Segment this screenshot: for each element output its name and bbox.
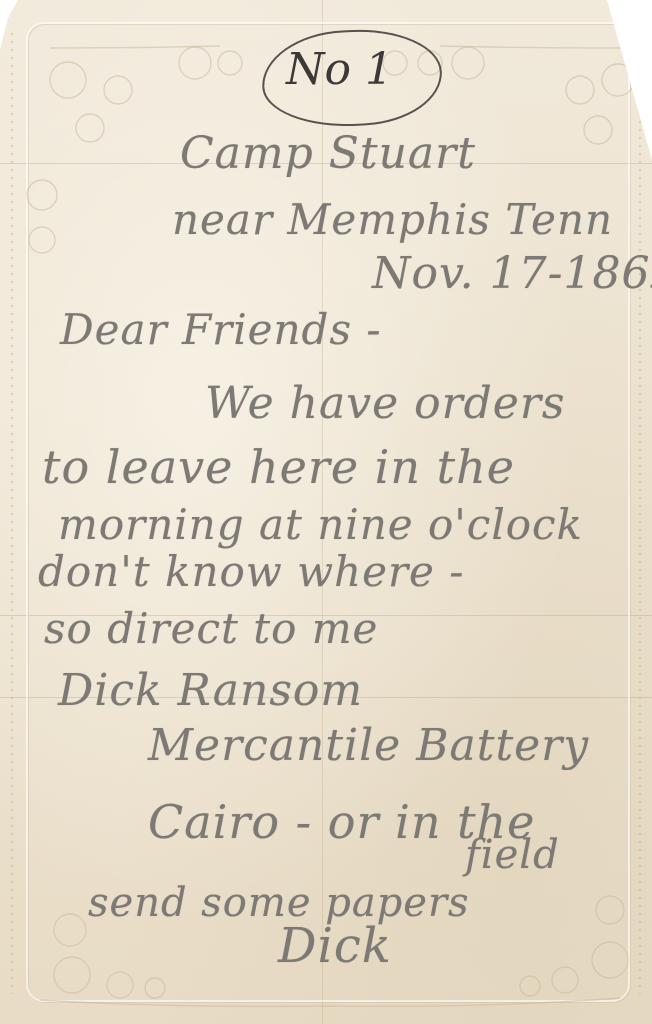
body-line: We have orders — [205, 378, 565, 429]
body-line: to leave here in the — [42, 440, 515, 494]
body-line: so direct to me — [44, 604, 378, 653]
salutation: Dear Friends - — [60, 305, 382, 354]
body-line: don't know where - — [38, 547, 464, 596]
embossed-dot-border-left — [8, 30, 18, 994]
signature: Dick — [278, 918, 392, 974]
letter-date: Nov. 17-1862 — [372, 248, 652, 299]
embossed-ornament-left — [20, 170, 60, 290]
address-location-continued: field — [465, 832, 560, 878]
embossed-dot-border-right — [636, 30, 646, 994]
letter-number-label: No 1 — [286, 44, 393, 95]
place-line-2: near Memphis Tenn — [172, 195, 613, 244]
body-line: morning at nine o'clock — [58, 500, 583, 549]
address-unit: Mercantile Battery — [148, 720, 589, 771]
address-name: Dick Ransom — [58, 665, 363, 716]
letter-paper: No 1 Camp Stuart near Memphis Tenn Nov. … — [0, 0, 652, 1024]
place-line-1: Camp Stuart — [180, 128, 476, 179]
